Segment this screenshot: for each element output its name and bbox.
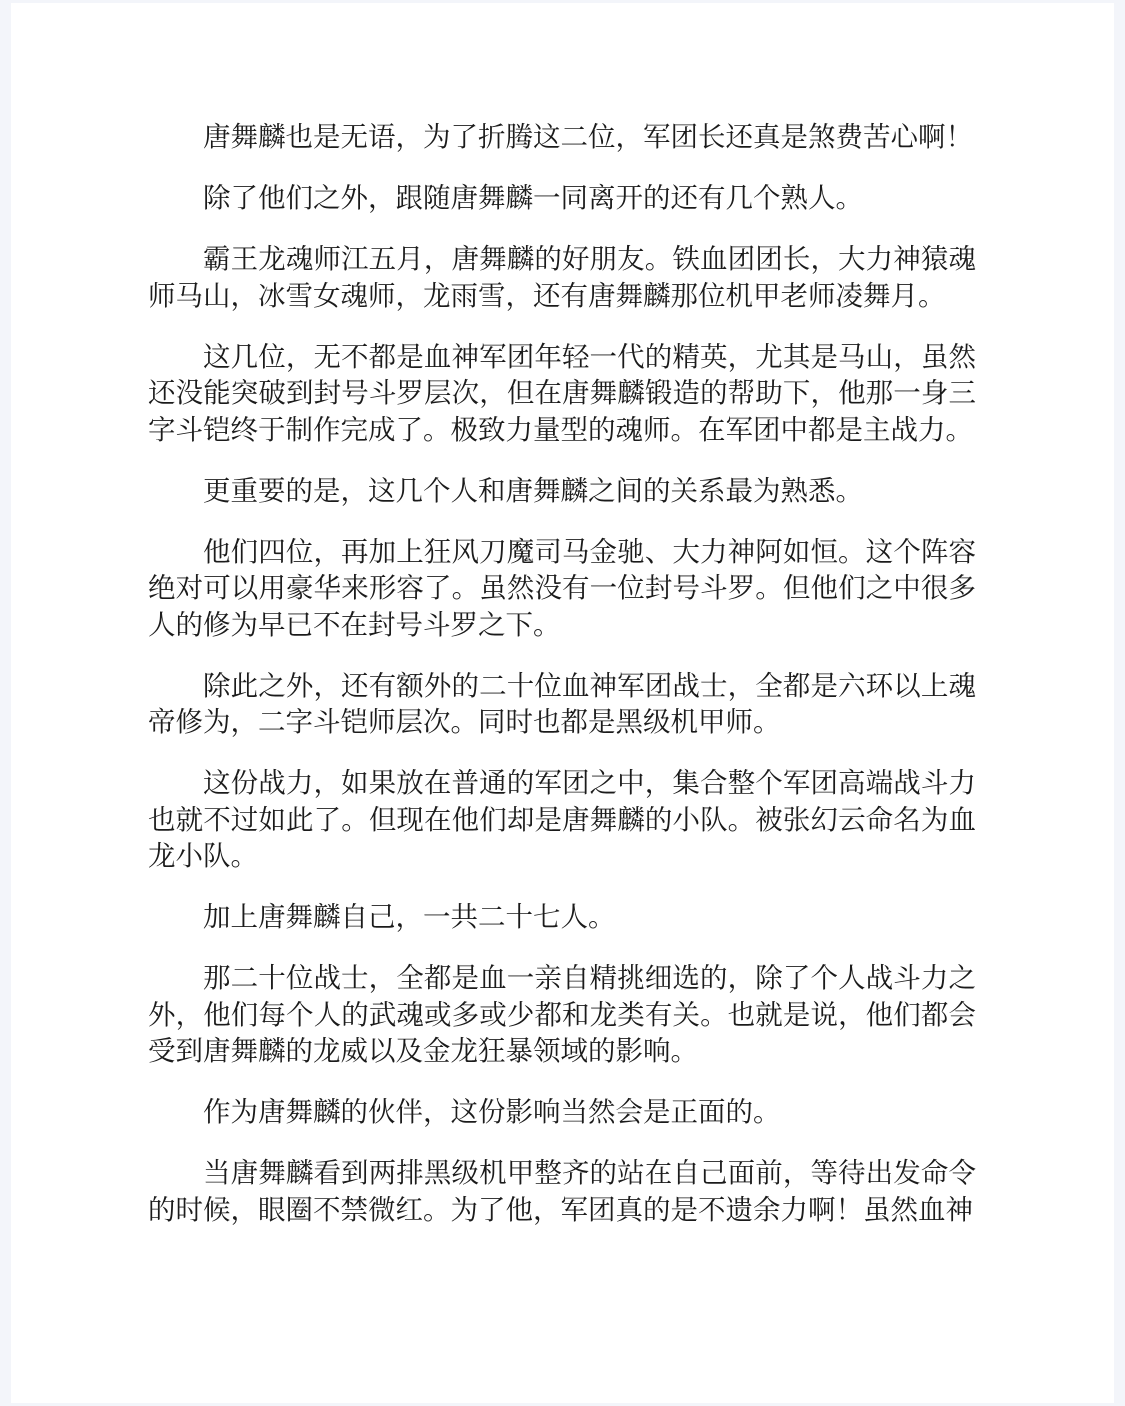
paragraph: 这几位，无不都是血神军团年轻一代的精英，尤其是马山，虽然还没能突破到封号斗罗层次… [148,339,976,449]
paragraph: 作为唐舞麟的伙伴，这份影响当然会是正面的。 [148,1094,976,1131]
paragraph-list: 唐舞麟也是无语，为了折腾这二位，军团长还真是煞费苦心啊！除了他们之外，跟随唐舞麟… [148,119,976,1228]
paragraph: 除此之外，还有额外的二十位血神军团战士，全都是六环以上魂帝修为，二字斗铠师层次。… [148,668,976,741]
document-page: 唐舞麟也是无语，为了折腾这二位，军团长还真是煞费苦心啊！除了他们之外，跟随唐舞麟… [11,3,1114,1403]
paragraph: 当唐舞麟看到两排黑级机甲整齐的站在自己面前，等待出发命令的时候，眼圈不禁微红。为… [148,1155,976,1228]
paragraph: 除了他们之外，跟随唐舞麟一同离开的还有几个熟人。 [148,180,976,217]
paragraph: 他们四位，再加上狂风刀魔司马金驰、大力神阿如恒。这个阵容绝对可以用豪华来形容了。… [148,534,976,644]
paragraph: 更重要的是，这几个人和唐舞麟之间的关系最为熟悉。 [148,473,976,510]
paragraph: 加上唐舞麟自己，一共二十七人。 [148,899,976,936]
paragraph: 霸王龙魂师江五月，唐舞麟的好朋友。铁血团团长，大力神猿魂师马山，冰雪女魂师，龙雨… [148,241,976,314]
reader-viewport: { "viewer": { "background_color": "#f3f5… [0,0,1125,1406]
paragraph: 那二十位战士，全都是血一亲自精挑细选的，除了个人战斗力之外，他们每个人的武魂或多… [148,960,976,1070]
paragraph: 这份战力，如果放在普通的军团之中，集合整个军团高端战斗力也就不过如此了。但现在他… [148,765,976,875]
paragraph: 唐舞麟也是无语，为了折腾这二位，军团长还真是煞费苦心啊！ [148,119,976,156]
